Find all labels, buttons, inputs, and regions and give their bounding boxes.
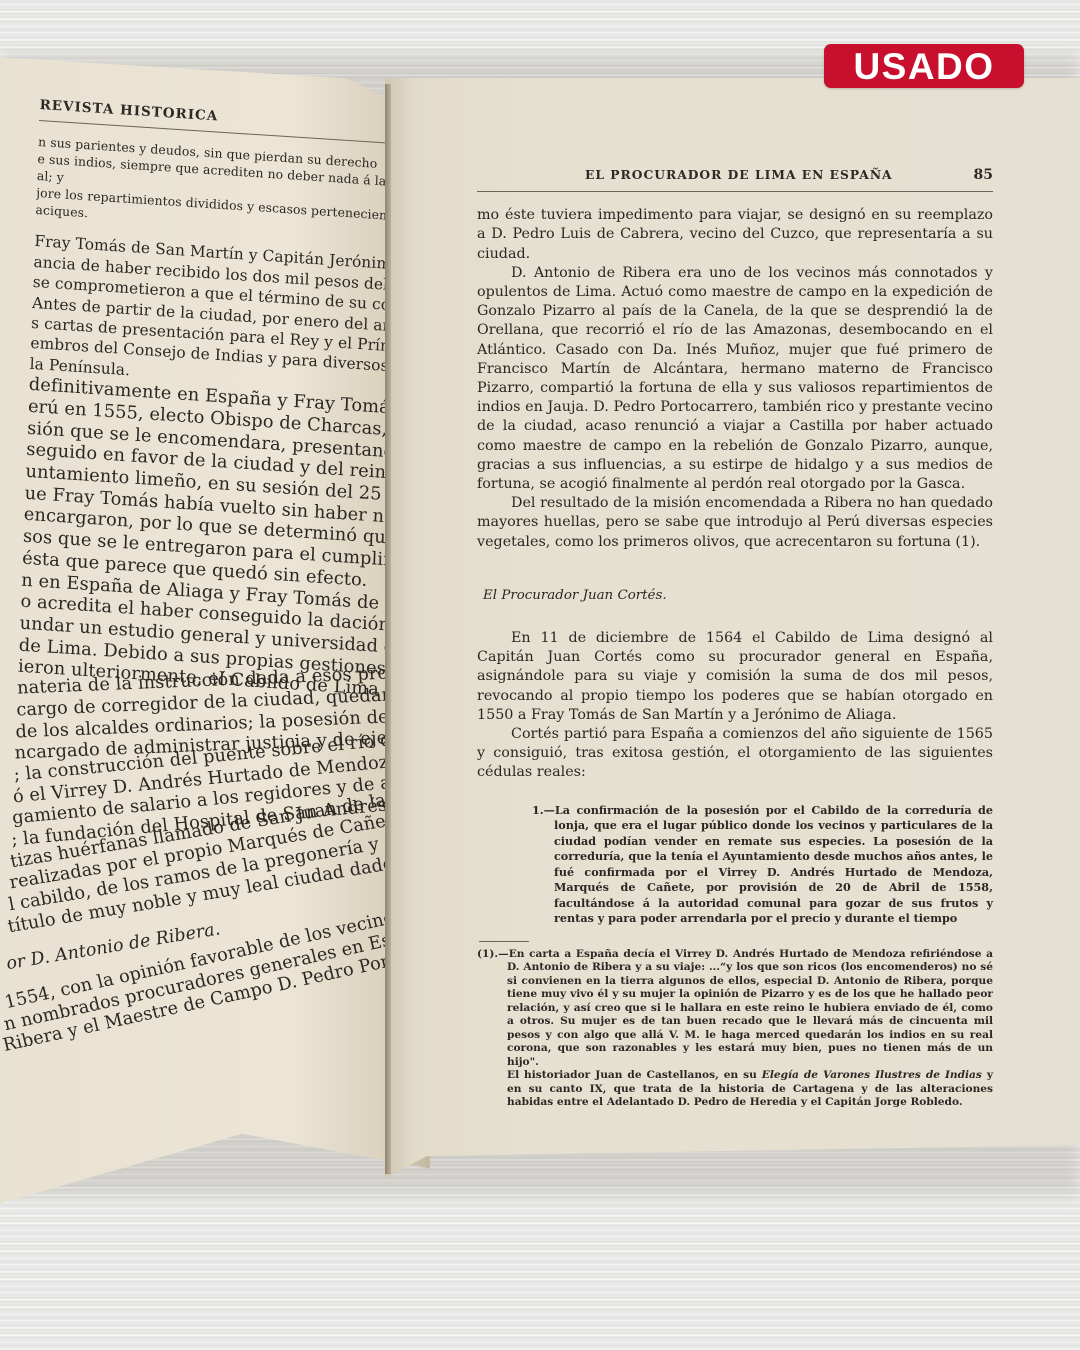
used-badge: USADO <box>824 44 1024 88</box>
cedula-list-item: 1.—La confirmación de la posesión por el… <box>554 803 993 927</box>
paragraph: En 11 de diciembre de 1564 el Cabildo de… <box>477 629 993 725</box>
right-running-head-bar: EL PROCURADOR DE LIMA EN ESPAÑA 85 <box>477 165 993 192</box>
page-number: 85 <box>974 166 993 185</box>
list-number: 1.— <box>532 803 555 817</box>
paragraph: Del resultado de la misión encomendada a… <box>477 494 993 552</box>
book-gutter <box>385 84 391 1174</box>
paragraph: D. Antonio de Ribera era uno de los veci… <box>477 264 993 494</box>
used-badge-label: USADO <box>853 48 994 85</box>
paragraph: mo éste tuviera impedimento para viajar,… <box>477 206 993 264</box>
footnote: (1).—En carta a España decía el Virrey D… <box>477 948 993 1110</box>
paragraph: Cortés partió para España a comienzos de… <box>477 725 993 783</box>
footnote-text: En carta a España decía el Virrey D. And… <box>507 948 993 1068</box>
footnote-marker: (1).— <box>477 948 509 960</box>
right-page-text: EL PROCURADOR DE LIMA EN ESPAÑA 85 mo és… <box>477 165 993 1110</box>
right-running-head: EL PROCURADOR DE LIMA EN ESPAÑA <box>585 165 893 184</box>
list-text: La confirmación de la posesión por el Ca… <box>554 803 993 926</box>
footnote-text: El historiador Juan de Castellanos, en s… <box>507 1069 762 1081</box>
section-title: El Procurador Juan Cortés. <box>483 586 993 605</box>
footnote-rule <box>479 941 529 942</box>
book-title: Elegía de Varones Ilustres de Indias <box>762 1069 982 1081</box>
